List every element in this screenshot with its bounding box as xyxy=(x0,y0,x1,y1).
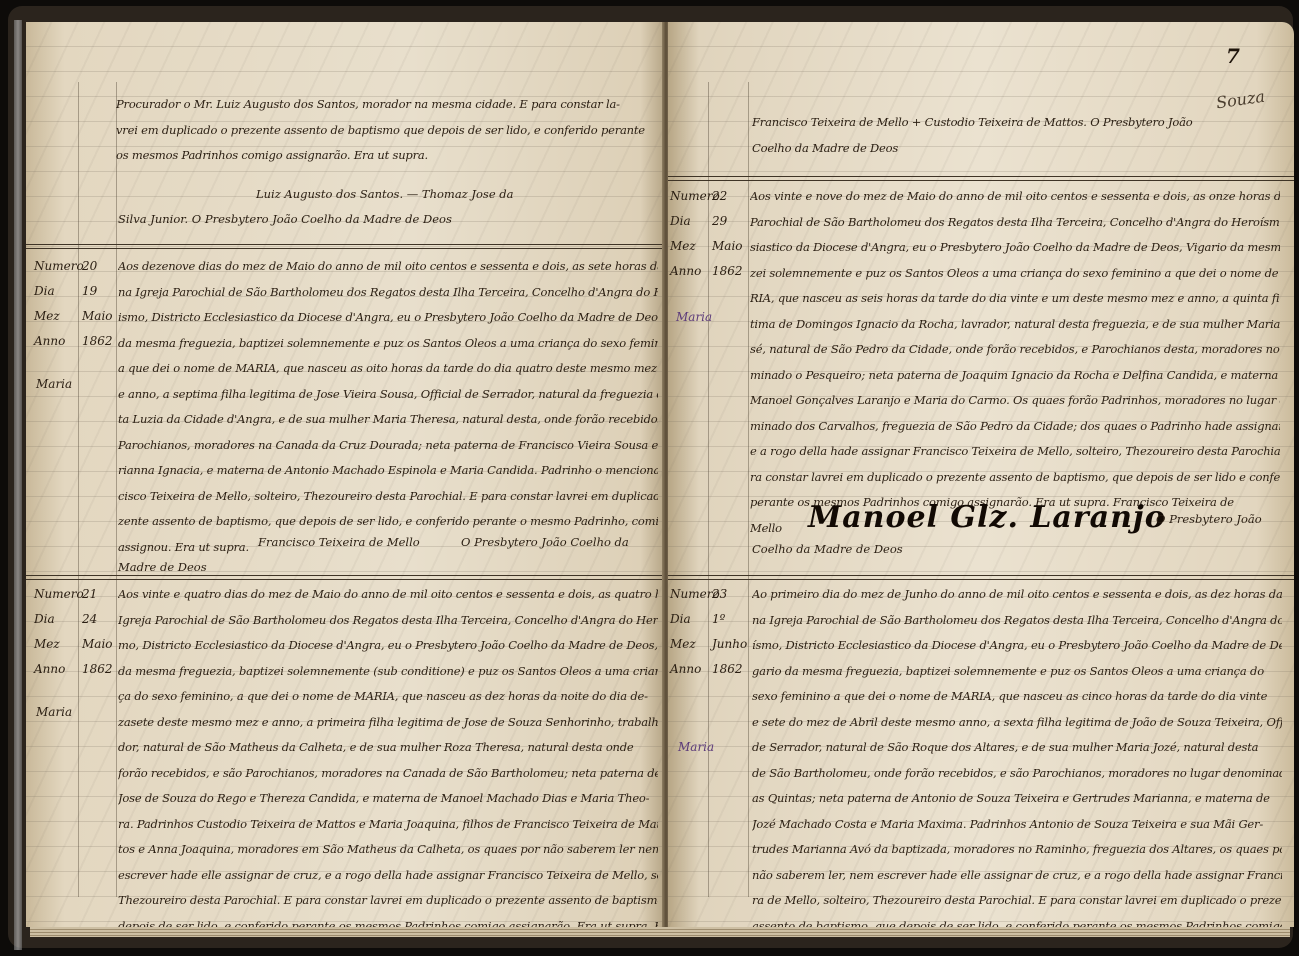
page-edges xyxy=(30,927,1290,937)
entry-values: 22 29 Maio 1862 xyxy=(712,184,743,284)
signature-line: O Presbytero João Coelho da xyxy=(461,535,629,549)
signature-line: Coelho da Madre de Deos xyxy=(752,542,903,556)
signature-line: O Presbytero João xyxy=(1156,512,1262,526)
margin-rule xyxy=(116,82,117,897)
continuation-text: Francisco Teixeira de Mello + Custodio T… xyxy=(752,110,1252,161)
margin-rule xyxy=(748,82,749,897)
baptized-name: Maria xyxy=(36,705,72,719)
entry-divider xyxy=(668,176,1294,181)
entry-values: 23 1º Junho 1862 xyxy=(712,582,747,682)
signature-line: Silva Junior. O Presbytero João Coelho d… xyxy=(118,212,452,226)
left-page: Procurador o Mr. Luiz Augusto dos Santos… xyxy=(26,22,666,927)
signature-line: Madre de Deos xyxy=(118,560,207,574)
entry-text: Aos dezenove dias do mez de Maio do anno… xyxy=(118,254,658,560)
entry-text: Ao primeiro dia do mez de Junho do anno … xyxy=(752,582,1282,927)
entry-divider xyxy=(26,244,666,249)
entry-text: Aos vinte e nove do mez de Maio do anno … xyxy=(750,184,1280,541)
godfather-signature: Manoel Glz. Laranjo xyxy=(808,500,1166,535)
continuation-text: Procurador o Mr. Luiz Augusto dos Santos… xyxy=(116,92,656,169)
baptized-name: Maria xyxy=(676,310,712,324)
signature-line: Francisco Teixeira de Mello xyxy=(258,535,420,549)
entry-labels: Numero Dia Mez Anno xyxy=(34,582,84,682)
margin-rule xyxy=(78,82,79,897)
entry-values: 20 19 Maio 1862 xyxy=(82,254,113,354)
signature-line: Luiz Augusto dos Santos. — Thomaz Jose d… xyxy=(256,187,514,201)
baptized-name: Maria xyxy=(36,377,72,391)
page-number: 7 xyxy=(1226,44,1240,68)
entry-divider xyxy=(26,575,666,580)
entry-labels: Numero Dia Mez Anno xyxy=(34,254,84,354)
baptized-name: Maria xyxy=(678,740,714,754)
entry-values: 21 24 Maio 1862 xyxy=(82,582,113,682)
right-page: 7 Souza Francisco Teixeira de Mello + Cu… xyxy=(668,22,1294,927)
entry-text: Aos vinte e quatro dias do mez de Maio d… xyxy=(118,582,658,927)
entry-divider xyxy=(668,575,1294,580)
cover-edge xyxy=(14,20,22,950)
